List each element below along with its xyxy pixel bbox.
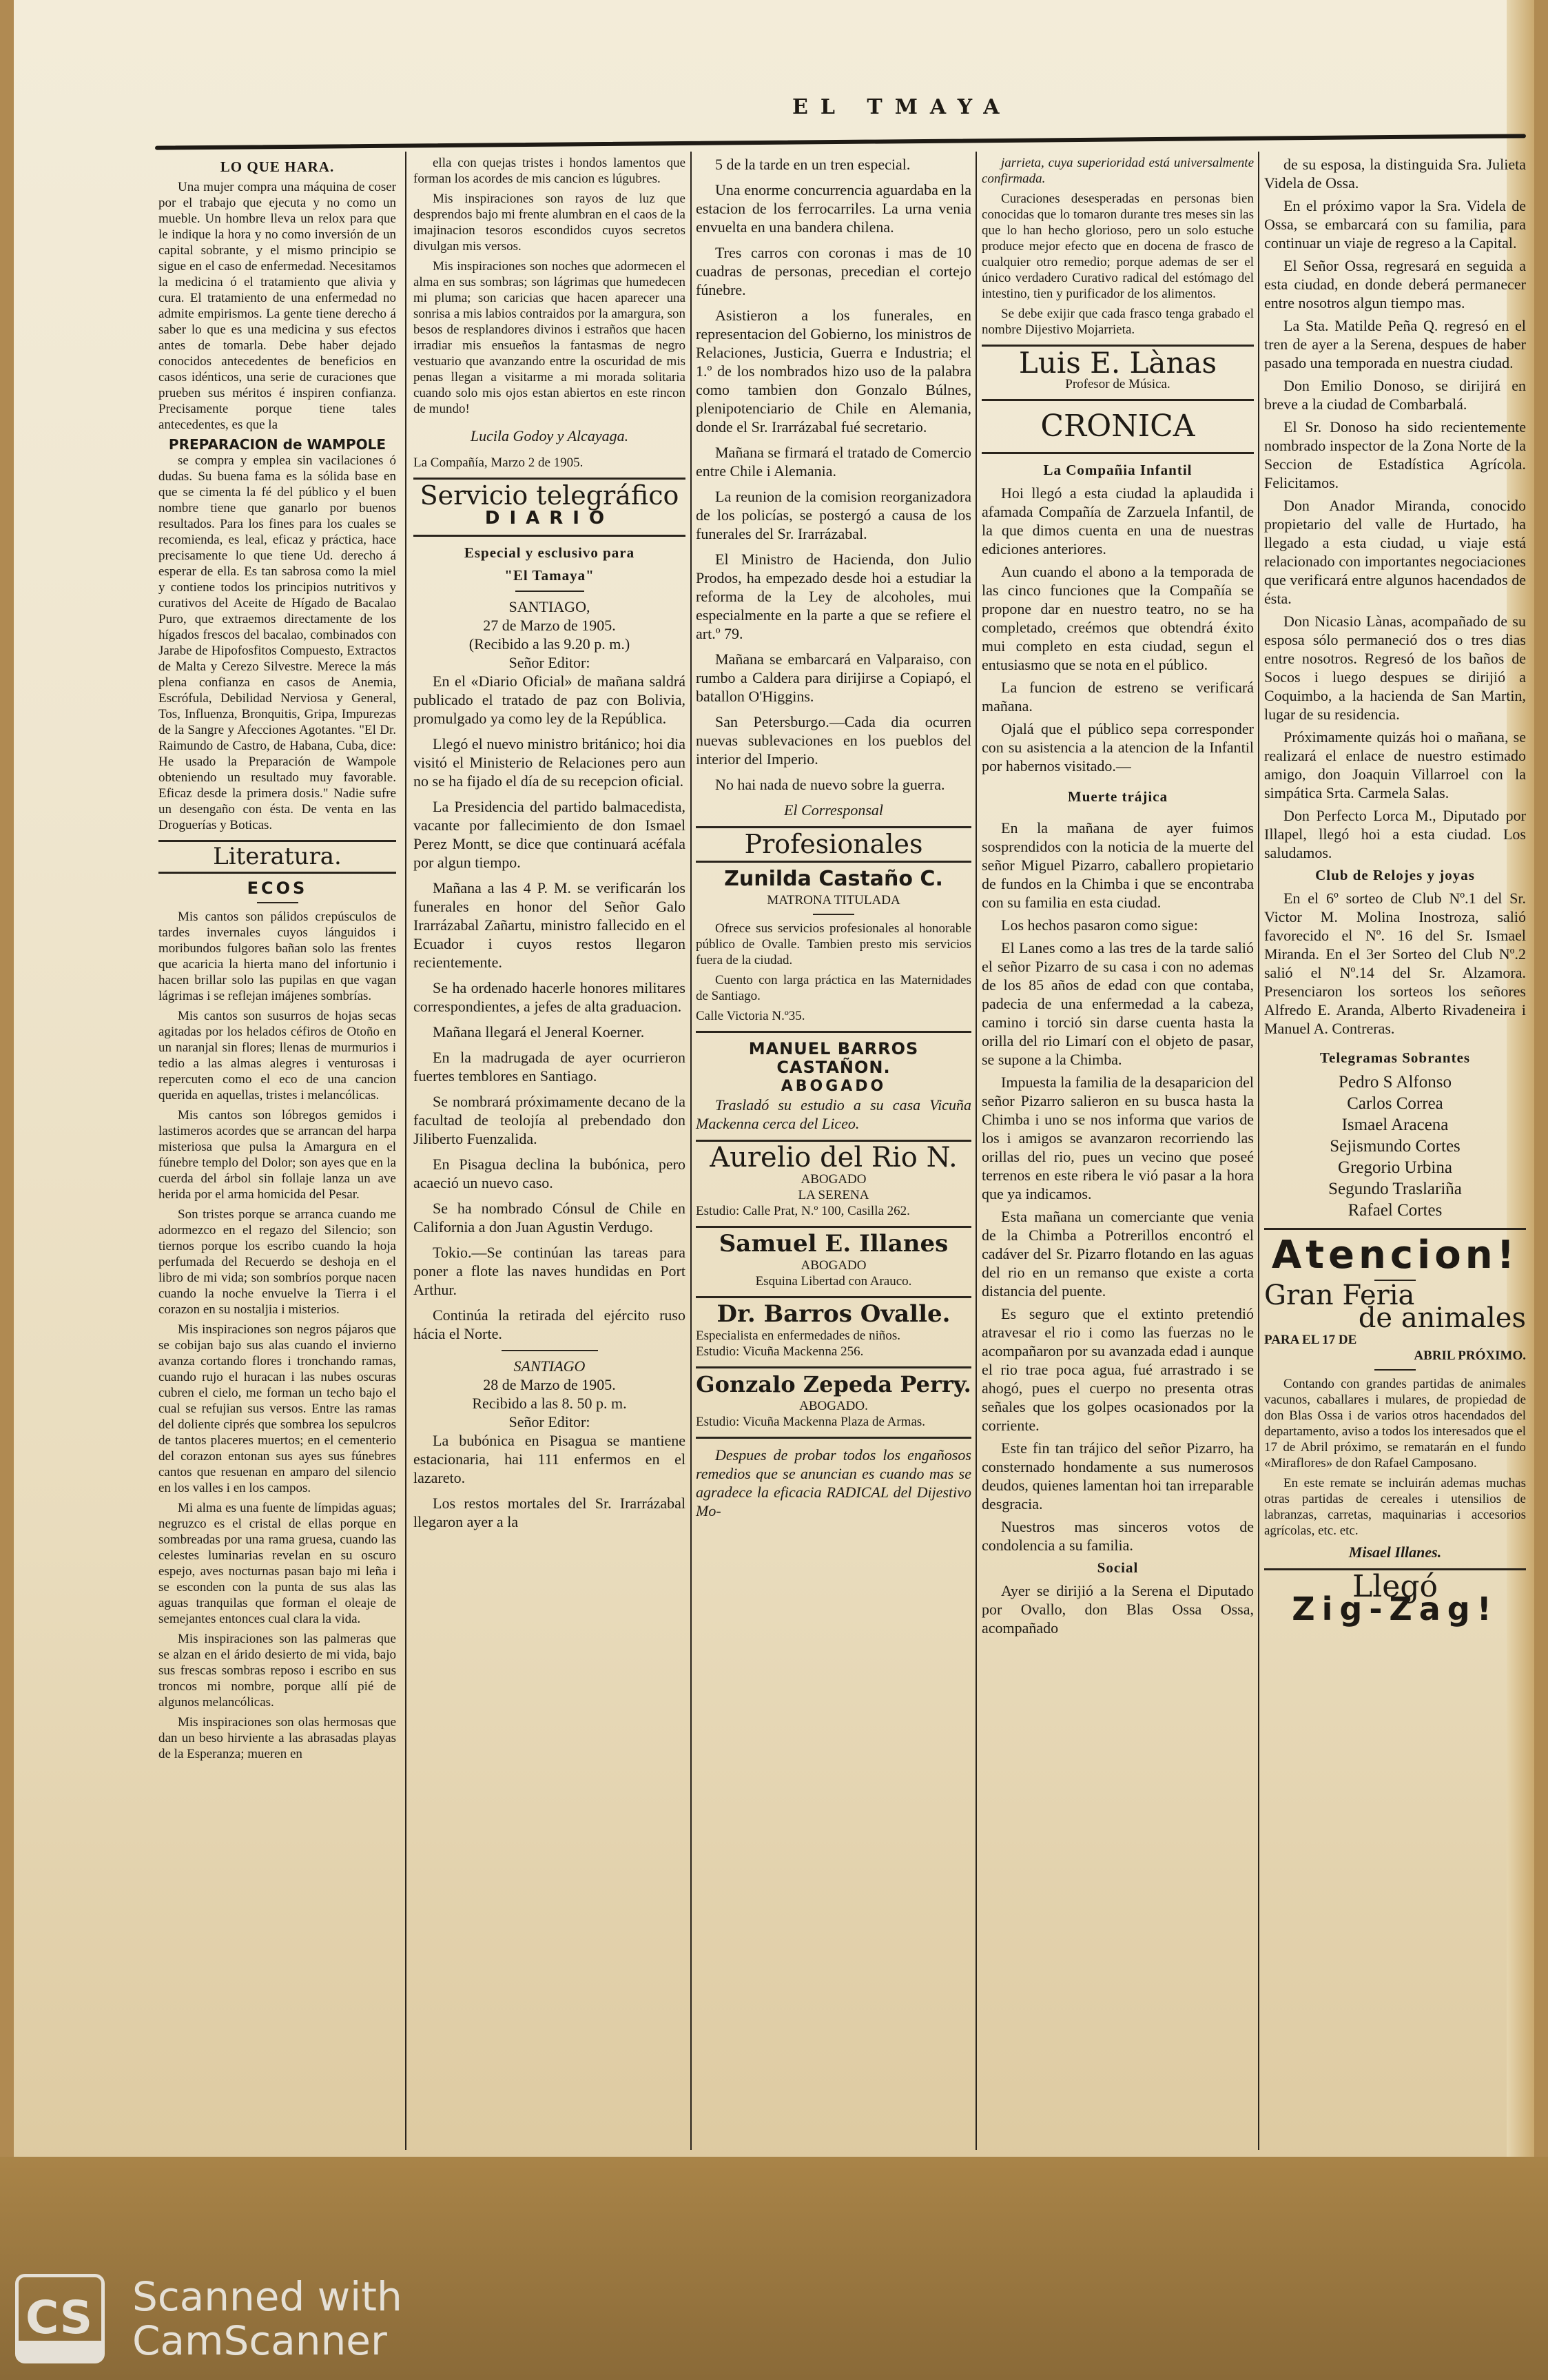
poem-stanza: Mis inspiraciones son negros pájaros que… <box>158 1322 396 1496</box>
article-heading: Social <box>982 1559 1254 1577</box>
article-body: El Señor Ossa, regresará en seguida a es… <box>1264 256 1526 312</box>
ad-date: ABRIL PRÓXIMO. <box>1264 1348 1526 1364</box>
article-body: Este fin tan trájico del señor Pizarro, … <box>982 1439 1254 1513</box>
divider <box>158 872 396 874</box>
name-item: Sejismundo Cortes <box>1264 1136 1526 1157</box>
poem-stanza: ella con quejas tristes i hondos lamento… <box>413 155 685 187</box>
article-body: En la mañana de ayer fuimos sosprendidos… <box>982 819 1254 912</box>
article-body: La funcion de estreno se verificará maña… <box>982 678 1254 715</box>
ad-text: Se debe exijir que cada frasco tenga gra… <box>982 306 1254 338</box>
column-divider <box>976 152 977 2150</box>
article-body: El Lanes como a las tres de la tarde sal… <box>982 938 1254 1069</box>
column-5: de su esposa, la distinguida Sra. Juliet… <box>1264 155 1526 1619</box>
divider <box>502 1350 598 1351</box>
article-body: Esta mañana un comerciante que venia de … <box>982 1207 1254 1300</box>
dispatch-city: SANTIAGO, <box>413 597 685 616</box>
article-body: En el próximo vapor la Sra. Videla de Os… <box>1264 196 1526 252</box>
news-item: En Pisagua declina la bubónica, pero aca… <box>413 1155 685 1192</box>
ad-role: ABOGADO <box>696 1171 971 1187</box>
article-body: En el 6º sorteo de Club Nº.1 del Sr. Vic… <box>1264 889 1526 1038</box>
camscanner-logo-icon: CS <box>15 2274 105 2363</box>
ad-signature: Misael Illanes. <box>1264 1543 1526 1561</box>
article-body: La Sta. Matilde Peña Q. regresó en el tr… <box>1264 316 1526 372</box>
ad-text: Despues de probar todos los engañosos re… <box>696 1446 971 1520</box>
section-title: CRONICA <box>982 408 1254 445</box>
article-body: Nuestros mas sinceros votos de condolenc… <box>982 1517 1254 1555</box>
ad-text: Ofrece sus servicios profesionales al ho… <box>696 921 971 968</box>
divider <box>696 1366 971 1368</box>
divider <box>1264 1228 1526 1230</box>
article-heading: Club de Relojes y joyas <box>1264 866 1526 885</box>
article-body: Los hechos pasaron como sigue: <box>982 916 1254 934</box>
ad-address: Estudio: Calle Prat, N.º 100, Casilla 26… <box>696 1203 971 1219</box>
dispatch-city: SANTIAGO <box>413 1357 685 1375</box>
divider <box>696 861 971 863</box>
ad-address: Estudio: Vicuña Mackenna Plaza de Armas. <box>696 1414 971 1430</box>
divider <box>982 399 1254 401</box>
ad-text: Curaciones desesperadas en personas bien… <box>982 191 1254 302</box>
product-name: PREPARACION de WAMPOLE <box>158 437 396 453</box>
section-title: Profesionales <box>696 835 971 854</box>
news-item: Mañana se firmará el tratado de Comercio… <box>696 443 971 480</box>
dispatch-date: 27 de Marzo de 1905. <box>413 616 685 635</box>
watermark-text: Scanned with CamScanner <box>132 2275 402 2363</box>
article-body: Una mujer compra una máquina de coser po… <box>158 179 396 433</box>
news-item: Una enorme concurrencia aguardaba en la … <box>696 181 971 236</box>
news-item: Continúa la retirada del ejército ruso h… <box>413 1306 685 1343</box>
poem-stanza: Son tristes porque se arranca cuando me … <box>158 1207 396 1317</box>
dispatch-date: 28 de Marzo de 1905. <box>413 1375 685 1394</box>
news-item: La bubónica en Pisagua se mantiene estac… <box>413 1431 685 1487</box>
divider <box>696 1031 971 1033</box>
ad-name: Samuel E. Illanes <box>696 1235 971 1253</box>
ad-name: Zig-Zag! <box>1264 1600 1526 1619</box>
column-2: ella con quejas tristes i hondos lamento… <box>413 155 685 1538</box>
ad-city: LA SERENA <box>696 1187 971 1203</box>
news-item: En la madrugada de ayer ocurrieron fuert… <box>413 1048 685 1085</box>
salutation: Señor Editor: <box>413 653 685 672</box>
article-body: Ayer se dirijió a la Serena el Diputado … <box>982 1581 1254 1637</box>
salutation: Señor Editor: <box>413 1413 685 1431</box>
divider <box>813 914 854 915</box>
name-item: Pedro S Alfonso <box>1264 1071 1526 1093</box>
ad-address: Estudio: Vicuña Mackenna 256. <box>696 1344 971 1360</box>
masthead-title: EL TMAYA <box>792 95 1012 119</box>
logo-text: CS <box>25 2291 92 2344</box>
section-title: Literatura. <box>158 849 396 865</box>
correspondent-signature: El Corresponsal <box>696 801 971 819</box>
poem-stanza: Mis inspiraciones son noches que adormec… <box>413 258 685 417</box>
news-item: Se ha nombrado Cónsul de Chile en Califo… <box>413 1199 685 1236</box>
news-item: San Petersburgo.—Cada dia ocurren nuevas… <box>696 712 971 768</box>
article-body: Próximamente quizás hoi o mañana, se rea… <box>1264 728 1526 802</box>
poem-stanza: Mis inspiraciones son olas hermosas que … <box>158 1714 396 1762</box>
ad-subtitle: de animales <box>1264 1309 1526 1328</box>
dispatch-label: Especial y esclusivo para <box>413 544 685 562</box>
news-item: La Presidencia del partido balmacedista,… <box>413 797 685 872</box>
news-item: No hai nada de nuevo sobre la guerra. <box>696 775 971 794</box>
name-item: Gregorio Urbina <box>1264 1157 1526 1178</box>
poem-stanza: Mi alma es una fuente de límpidas aguas;… <box>158 1500 396 1627</box>
ad-name: Gonzalo Zepeda Perry. <box>696 1375 971 1394</box>
name-item: Ismael Aracena <box>1264 1114 1526 1136</box>
news-item: Se nombrará próximamente decano de la fa… <box>413 1092 685 1148</box>
camscanner-watermark: CS Scanned with CamScanner <box>15 2274 402 2363</box>
divider <box>982 452 1254 454</box>
divider <box>1374 1369 1416 1371</box>
news-item: Los restos mortales del Sr. Irarrázabal … <box>413 1494 685 1531</box>
paper-name: "El Tamaya" <box>413 566 685 585</box>
article-body: Hoi llegó a esta ciudad la aplaudida i a… <box>982 484 1254 558</box>
divider <box>413 535 685 537</box>
ad-name: Zunilda Castaño C. <box>696 870 971 888</box>
article-body: Don Nicasio Lànas, acompañado de su espo… <box>1264 612 1526 724</box>
ad-name: Luis E. Lànas <box>982 353 1254 372</box>
poem-stanza: Mis cantos son pálidos crepúsculos de ta… <box>158 909 396 1004</box>
divider <box>158 840 396 842</box>
poem-title: ECOS <box>158 881 396 896</box>
name-item: Rafael Cortes <box>1264 1200 1526 1221</box>
ad-address: Calle Victoria N.º35. <box>696 1008 971 1024</box>
column-divider <box>690 152 692 2150</box>
dateline: La Compañía, Marzo 2 de 1905. <box>413 455 685 471</box>
news-item: Mañana a las 4 P. M. se verificarán los … <box>413 879 685 972</box>
ad-role: ABOGADO <box>696 1258 971 1273</box>
divider <box>696 1437 971 1439</box>
section-subtitle: DIARIO <box>413 509 685 528</box>
news-item: En el «Diario Oficial» de mañana saldrá … <box>413 672 685 728</box>
ad-name: Aurelio del Rio N. <box>696 1149 971 1167</box>
poem-stanza: Mis inspiraciones son las palmeras que s… <box>158 1631 396 1710</box>
logo-bar <box>19 2341 101 2360</box>
article-heading: La Compañia Infantil <box>982 461 1254 480</box>
news-item: Asistieron a los funerales, en represent… <box>696 306 971 436</box>
article-body: Don Emilio Donoso, se dirijirá en breve … <box>1264 376 1526 413</box>
column-1: LO QUE HARA. Una mujer compra una máquin… <box>158 155 396 1766</box>
article-body: de su esposa, la distinguida Sra. Juliet… <box>1264 155 1526 192</box>
section-title: Servicio telegráfico <box>413 486 685 505</box>
column-divider <box>1258 152 1259 2150</box>
news-item: Tres carros con coronas i mas de 10 cuad… <box>696 243 971 299</box>
article-heading: Telegramas Sobrantes <box>1264 1049 1526 1067</box>
news-item: El Ministro de Hacienda, don Julio Prodo… <box>696 550 971 643</box>
ad-text: Especialista en enfermedades de niños. <box>696 1328 971 1344</box>
ad-text: En este remate se incluirán ademas mucha… <box>1264 1475 1526 1539</box>
news-item: Llegó el nuevo ministro británico; hoi d… <box>413 735 685 790</box>
name-item: Carlos Correa <box>1264 1093 1526 1114</box>
ad-role: ABOGADO. <box>696 1398 971 1414</box>
article-body: El Sr. Donoso ha sido recientemente nomb… <box>1264 418 1526 492</box>
article-body: Impuesta la familia de la desaparicion d… <box>982 1073 1254 1203</box>
divider <box>413 478 685 480</box>
ad-title: Atencion! <box>1264 1237 1526 1274</box>
names-list: Pedro S Alfonso Carlos Correa Ismael Ara… <box>1264 1071 1526 1221</box>
divider <box>696 826 971 828</box>
ad-text: Cuento con larga práctica en las Materni… <box>696 972 971 1004</box>
ad-text: Contando con grandes partidas de animale… <box>1264 1376 1526 1471</box>
poem-stanza: Mis cantos son lóbregos gemidos i lastim… <box>158 1107 396 1202</box>
article-body: Ojalá que el público sepa corresponder c… <box>982 719 1254 775</box>
article-body: Don Perfecto Lorca M., Diputado por Illa… <box>1264 806 1526 862</box>
article-body: Es seguro que el extinto pretendió atrav… <box>982 1304 1254 1435</box>
watermark-line: Scanned with <box>132 2275 402 2319</box>
ad-name: Dr. Barros Ovalle. <box>696 1305 971 1324</box>
column-4: jarrieta, cuya superioridad está univers… <box>982 155 1254 1641</box>
ad-text: jarrieta, cuya superioridad está univers… <box>982 155 1254 187</box>
article-body: se compra y emplea sin vacilaciones ó du… <box>158 453 396 833</box>
column-3: 5 de la tarde en un tren especial. Una e… <box>696 155 971 1524</box>
watermark-line: CamScanner <box>132 2319 402 2363</box>
news-item: Mañana se embarcará en Valparaiso, con r… <box>696 650 971 706</box>
poem-stanza: Mis cantos son susurros de hojas secas a… <box>158 1008 396 1103</box>
divider <box>696 1226 971 1228</box>
article-heading: LO QUE HARA. <box>158 159 396 175</box>
ad-role: ABOGADO <box>696 1077 971 1096</box>
column-divider <box>405 152 406 2150</box>
news-item: La reunion de la comision reorganizadora… <box>696 487 971 543</box>
dispatch-received: (Recibido a las 9.20 p. m.) <box>413 635 685 653</box>
ad-date: PARA EL 17 DE <box>1264 1332 1526 1348</box>
article-body: Aun cuando el abono a la temporada de la… <box>982 562 1254 674</box>
author-signature: Lucila Godoy y Alcayaga. <box>413 427 685 445</box>
divider <box>696 1296 971 1298</box>
divider <box>515 591 584 592</box>
article-body: Don Anador Miranda, conocido propietario… <box>1264 496 1526 608</box>
name-item: Segundo Traslariña <box>1264 1178 1526 1200</box>
poem-stanza: Mis inspiraciones son rayos de luz que d… <box>413 191 685 254</box>
ad-address: Esquina Libertad con Arauco. <box>696 1273 971 1289</box>
ad-text: Trasladó su estudio a su casa Vicuña Mac… <box>696 1096 971 1133</box>
divider <box>257 902 298 903</box>
news-item: Tokio.—Se continúan las tareas para pone… <box>413 1243 685 1299</box>
ad-role: MATRONA TITULADA <box>696 892 971 908</box>
ad-name: MANUEL BARROS CASTAÑON. <box>696 1040 971 1077</box>
news-item: 5 de la tarde en un tren especial. <box>696 155 971 174</box>
article-heading: Muerte trájica <box>982 788 1254 806</box>
news-item: Se ha ordenado hacerle honores militares… <box>413 978 685 1016</box>
news-item: Mañana llegará el Jeneral Koerner. <box>413 1023 685 1041</box>
dispatch-received: Recibido a las 8. 50 p. m. <box>413 1394 685 1413</box>
